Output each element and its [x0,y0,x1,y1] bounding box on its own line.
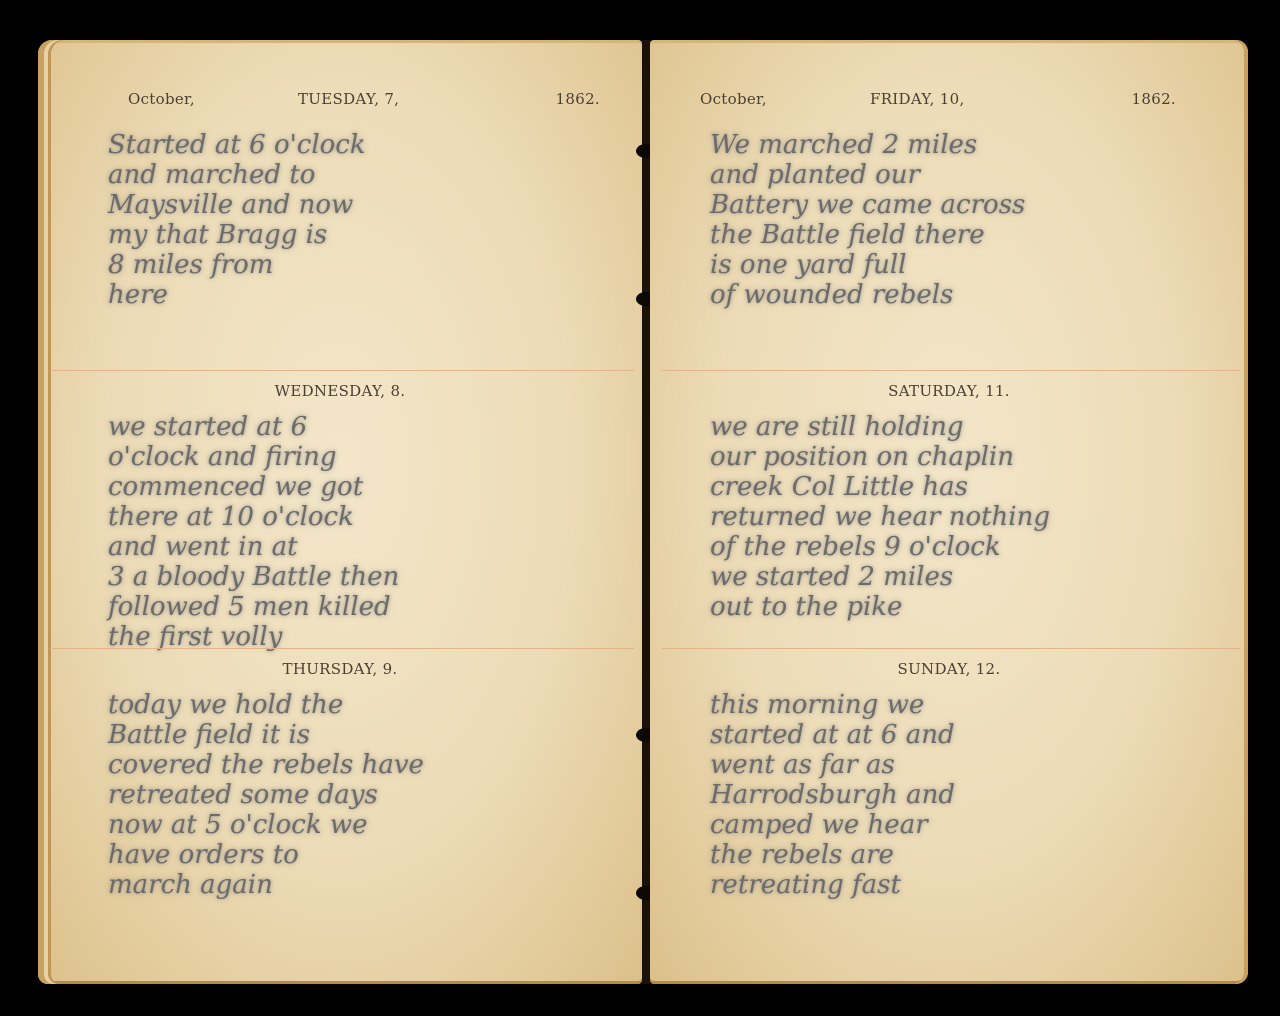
header-day: FRIDAY, 10, [870,90,965,108]
rule-line [50,648,634,649]
header-month: October, [700,90,767,108]
rule-line [50,370,634,371]
binding-gutter [642,40,650,984]
header-year: 1862. [1132,90,1176,108]
entry-text: today we hold the Battle field it is cov… [108,690,622,900]
diary-spread: October, TUESDAY, 7, 1862. Started at 6 … [38,40,1250,986]
rule-line [662,648,1240,649]
entry-heading: SATURDAY, 11. [650,382,1248,400]
entry-text: this morning we started at at 6 and went… [710,690,1228,900]
entry-heading: SUNDAY, 12. [650,660,1248,678]
entry-text: we are still holding our position on cha… [710,412,1228,622]
entry-text: We marched 2 miles and planted our Batte… [710,130,1228,310]
header-day: TUESDAY, 7, [298,90,399,108]
entry-text: we started at 6 o'clock and firing comme… [108,412,622,652]
entry-text: Started at 6 o'clock and marched to Mays… [108,130,622,310]
entry-heading: WEDNESDAY, 8. [38,382,642,400]
header-month: October, [128,90,195,108]
entry-heading: THURSDAY, 9. [38,660,642,678]
left-page: October, TUESDAY, 7, 1862. Started at 6 … [38,40,642,984]
header-year: 1862. [556,90,600,108]
right-page: October, FRIDAY, 10, 1862. We marched 2 … [650,40,1248,984]
rule-line [662,370,1240,371]
